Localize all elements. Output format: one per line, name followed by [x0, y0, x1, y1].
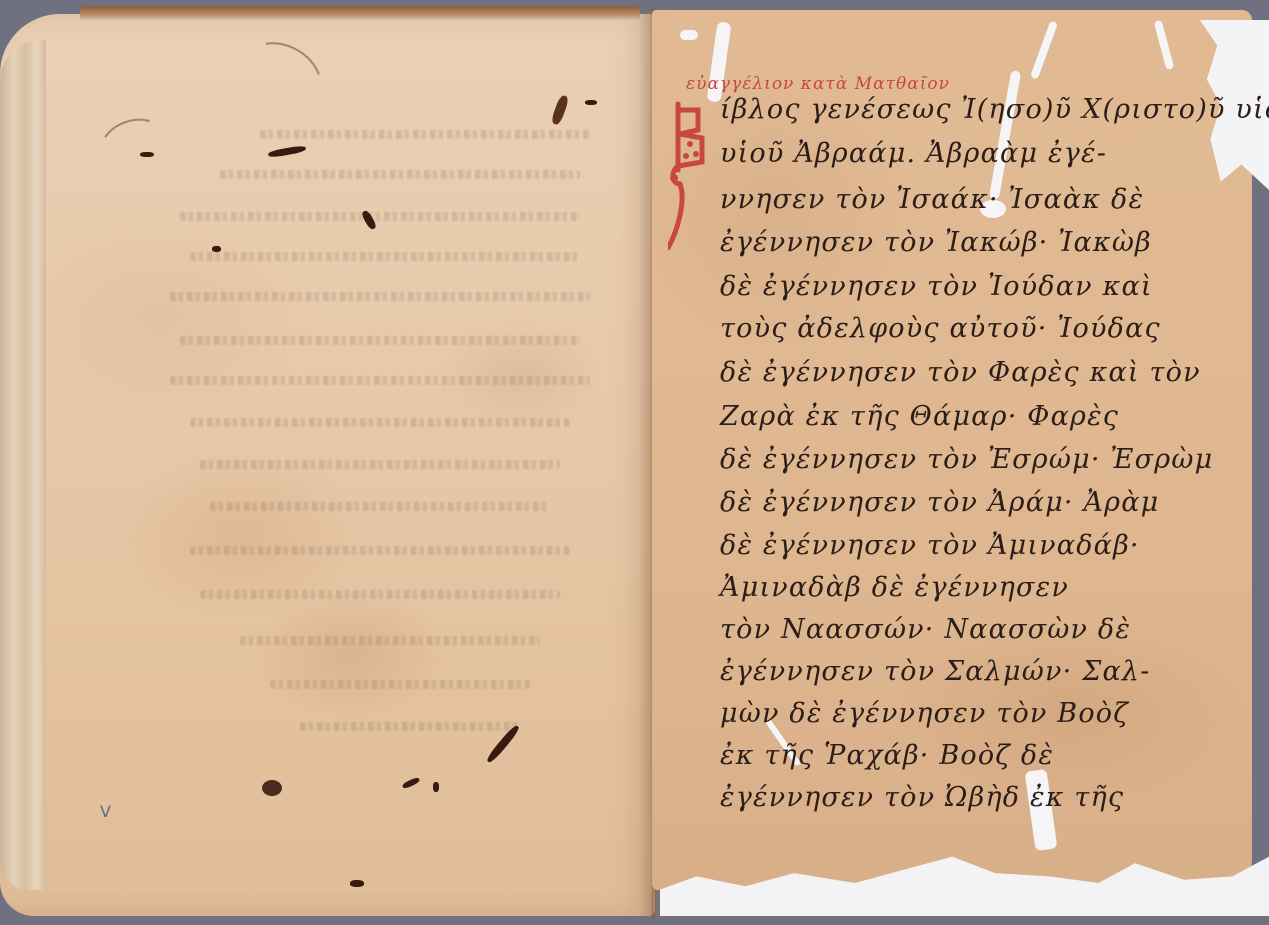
text-line: τοὺς ἀδελφοὺς αὐτοῦ· Ἰούδας: [720, 313, 1161, 344]
pencil-mark: V: [100, 802, 111, 821]
text-line: ίβλος γενέσεως Ἰ(ησο)ῦ Χ(ριστο)ῦ υἱοῦ Δα…: [720, 94, 1269, 125]
text-line: δὲ ἐγέννησεν τὸν Ἰούδαν καὶ: [720, 271, 1153, 302]
text-line: μὼν δὲ ἐγέννησεν τὸν Βοὸζ: [720, 698, 1129, 729]
text-line: υἱοῦ Ἀβραάμ. Ἀβραὰμ ἐγέ-: [720, 138, 1107, 169]
text-line: δὲ ἐγέννησεν τὸν Ἐσρώμ· Ἐσρὼμ: [720, 444, 1213, 475]
text-line: ἐγέννησεν τὸν Ἰακώβ· Ἰακὼβ: [720, 227, 1152, 258]
left-top-edge: [80, 6, 640, 20]
manuscript-spread: V εὐαγγέλιον κατὰ Ματθαῖον Β ίβλος γενέσ…: [0, 0, 1269, 925]
text-line: δὲ ἐγέννησεν τὸν Ἀμιναδάβ·: [720, 530, 1140, 561]
text-line: ἐγέννησεν τὸν Ὠβὴδ ἐκ τῆς: [720, 782, 1124, 813]
text-line: ννησεν τὸν Ἰσαάκ· Ἰσαὰκ δὲ: [720, 184, 1144, 215]
text-line: ἐκ τῆς Ῥαχάβ· Βοὸζ δὲ: [720, 740, 1054, 771]
text-line: ἐγέννησεν τὸν Σαλμών· Σαλ-: [720, 656, 1151, 687]
text-line: τὸν Ναασσών· Ναασσὼν δὲ: [720, 614, 1131, 645]
text-line: δὲ ἐγέννησεν τὸν Φαρὲς καὶ τὸν: [720, 357, 1201, 388]
headpiece-rubric: εὐαγγέλιον κατὰ Ματθαῖον: [686, 74, 950, 94]
text-line: δὲ ἐγέννησεν τὸν Ἀράμ· Ἀρὰμ: [720, 487, 1159, 518]
text-line: Ἀμιναδὰβ δὲ ἐγέννησεν: [720, 572, 1069, 603]
decorated-initial-beta: Β: [668, 100, 708, 250]
text-line: Ζαρὰ ἐκ τῆς Θάμαρ· Φαρὲς: [720, 401, 1119, 432]
left-fore-edge: [0, 40, 46, 890]
